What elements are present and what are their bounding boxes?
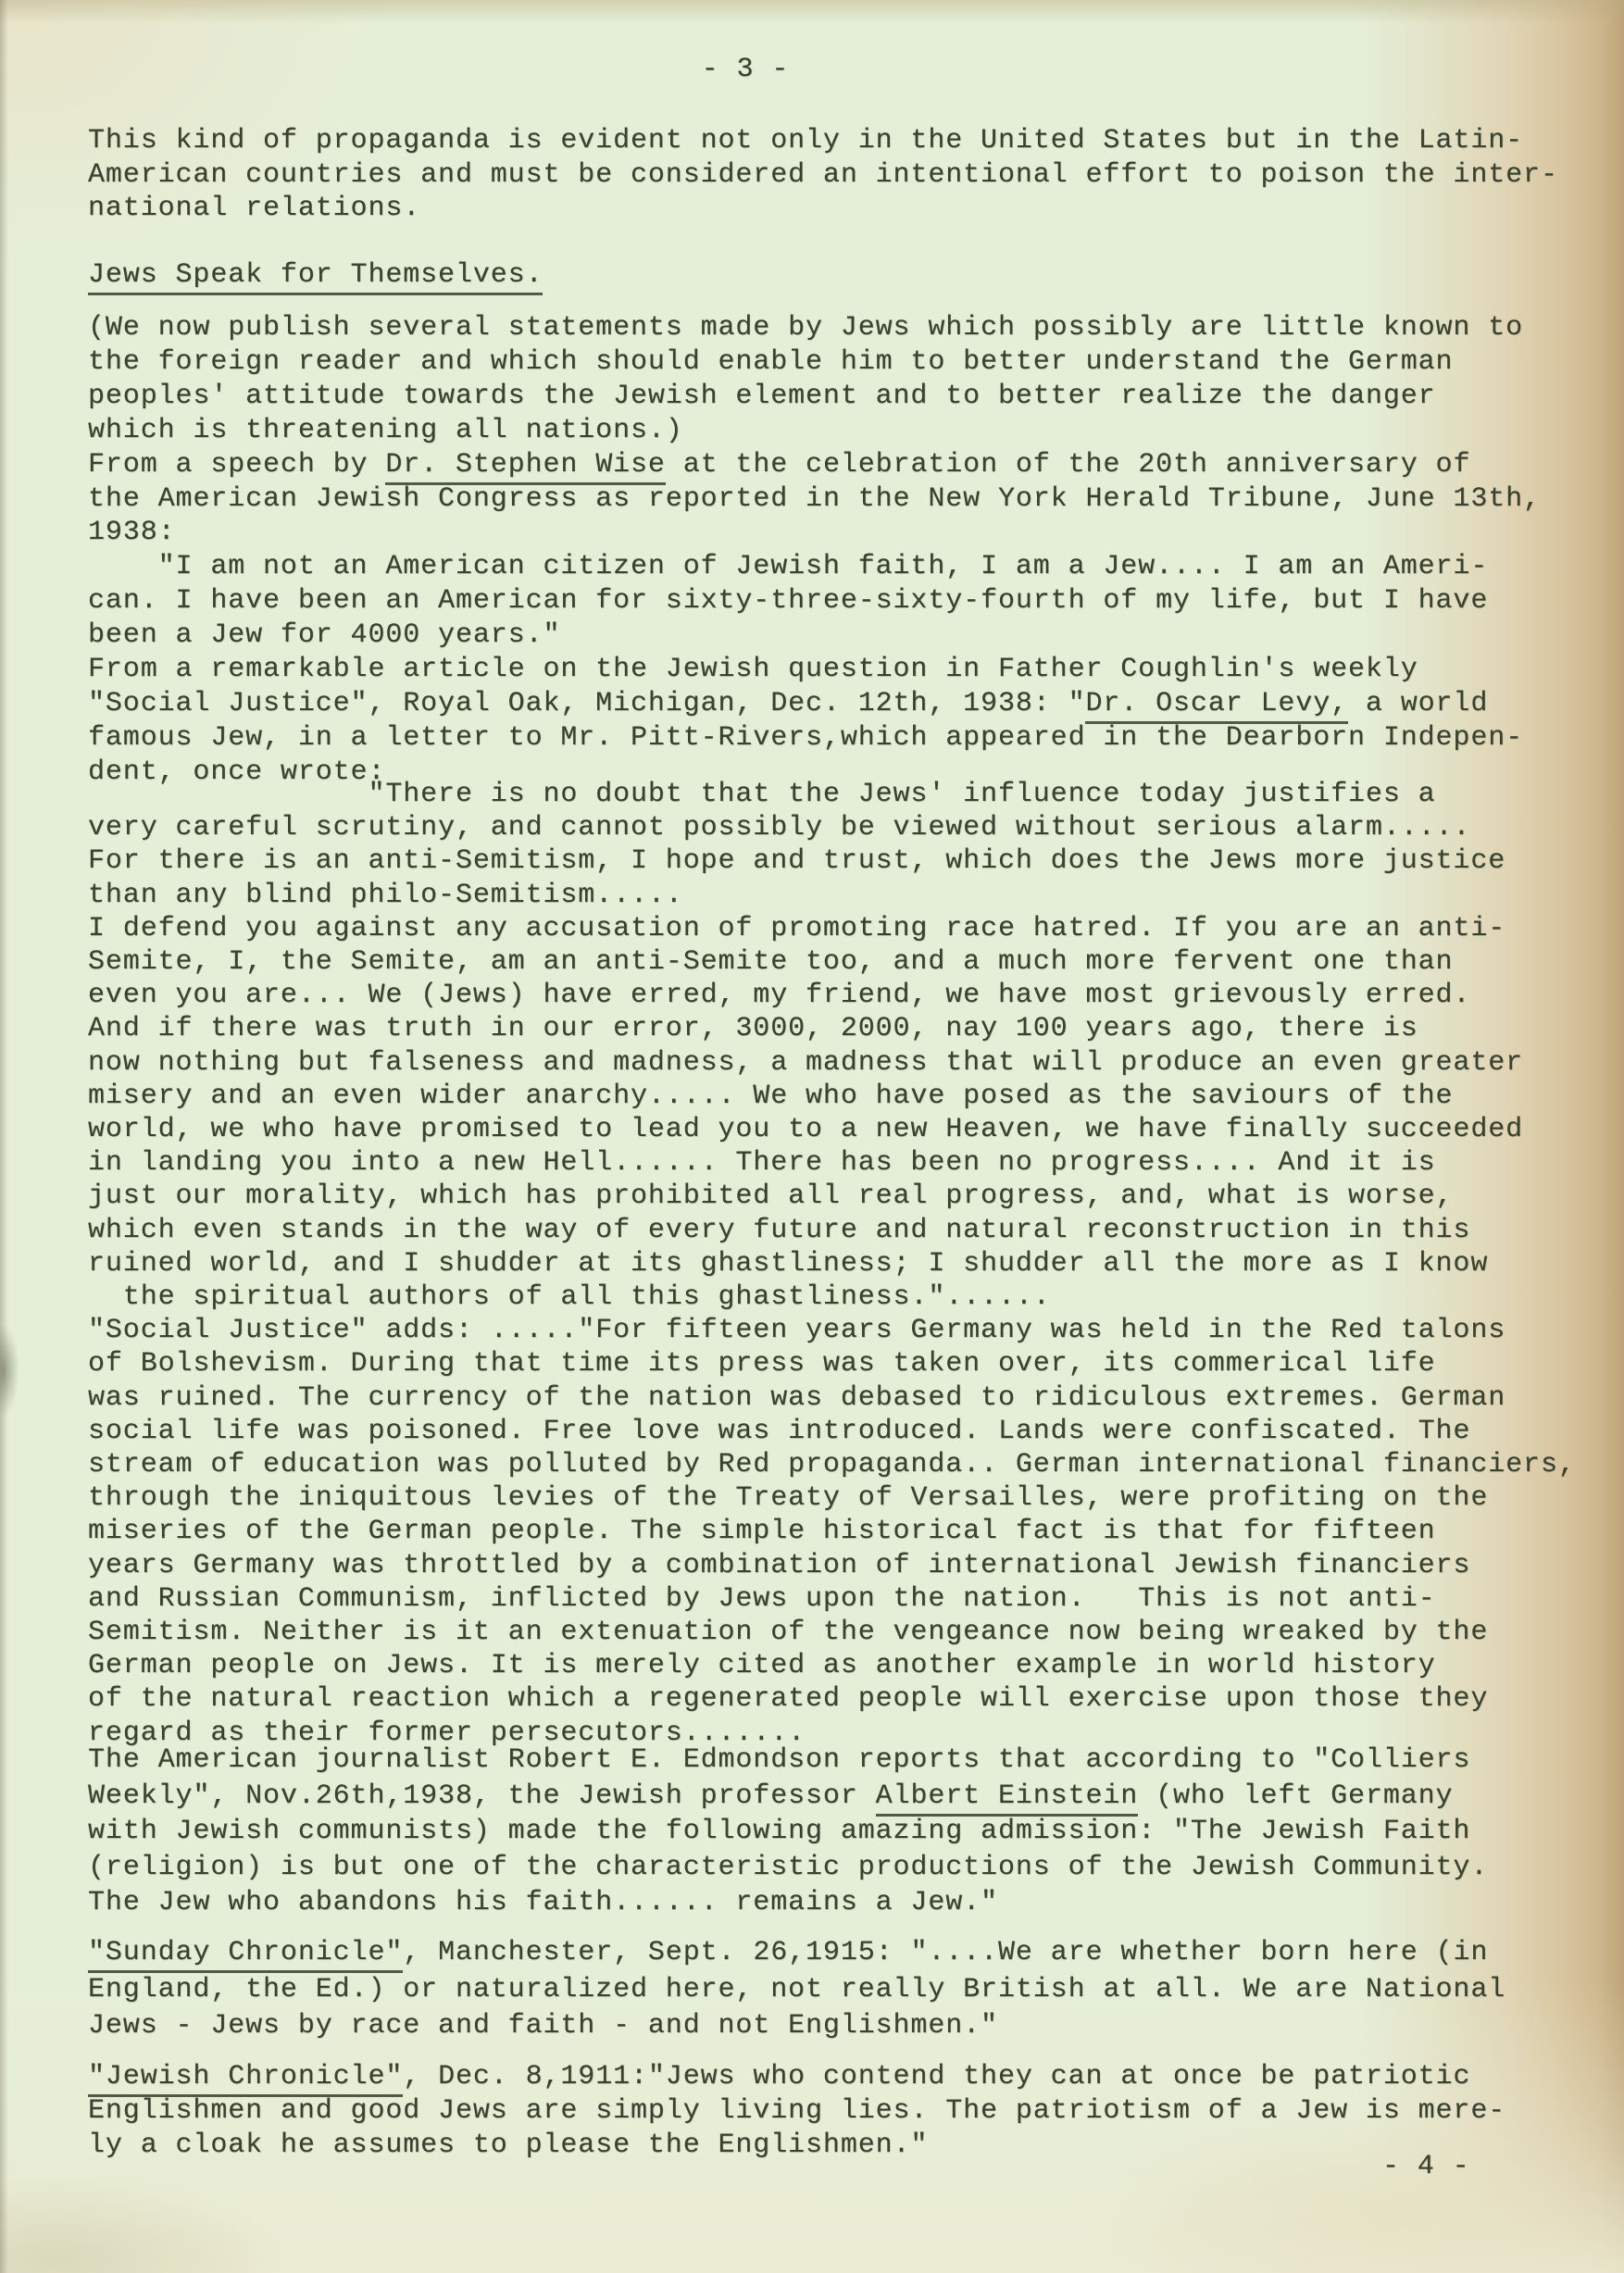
text-line: social life was poisoned. Free love was … [88, 1415, 1606, 1448]
text-line: Jews Speak for Themselves. [88, 258, 1606, 293]
text-line: was ruined. The currency of the nation w… [88, 1381, 1606, 1415]
text-segment: Semite, I, the Semite, am an anti-Semite… [88, 946, 1453, 978]
text-segment: in landing you into a new Hell...... The… [88, 1147, 1436, 1179]
text-segment: From a remarkable article on the Jewish … [88, 654, 1418, 685]
underlined-text: "Jewish Chronicle" [88, 2061, 403, 2097]
text-segment: very careful scrutiny, and cannot possib… [88, 812, 1470, 843]
text-segment: This kind of propaganda is evident not o… [88, 125, 1523, 156]
text-line: From a speech by Dr. Stephen Wise at the… [88, 448, 1606, 482]
text-line: and Russian Communism, inflicted by Jews… [88, 1582, 1606, 1616]
text-segment: even you are... We (Jews) have erred, my… [88, 980, 1470, 1011]
text-line: years Germany was throttled by a combina… [88, 1549, 1606, 1582]
text-line: From a remarkable article on the Jewish … [88, 653, 1606, 687]
text-line: the American Jewish Congress as reported… [88, 482, 1606, 517]
text-line: "There is no doubt that the Jews' influe… [88, 778, 1606, 811]
text-line: been a Jew for 4000 years." [88, 618, 1606, 653]
intro-paragraph: This kind of propaganda is evident not o… [88, 124, 1606, 226]
text-segment: which even stands in the way of every fu… [88, 1215, 1470, 1246]
text-segment: of Bolshevism. During that time its pres… [88, 1348, 1436, 1380]
text-line: just our morality, which has prohibited … [88, 1180, 1606, 1213]
text-segment: was ruined. The currency of the nation w… [88, 1382, 1505, 1414]
text-segment: For there is an anti-Semitism, I hope an… [88, 845, 1505, 877]
text-segment: a world [1348, 688, 1488, 719]
sunday-chronicle-paragraph: "Sunday Chronicle", Manchester, Sept. 26… [88, 1935, 1606, 2045]
text-line: the foreign reader and which should enab… [88, 345, 1606, 380]
text-segment: , Manchester, Sept. 26,1915: "....We are… [403, 1937, 1488, 1968]
text-segment: Jews - Jews by race and faith - and not … [88, 2010, 998, 2042]
text-line: "Sunday Chronicle", Manchester, Sept. 26… [88, 1935, 1606, 1972]
text-segment: ruined world, and I shudder at its ghast… [88, 1248, 1488, 1280]
text-line: American countries and must be considere… [88, 158, 1606, 193]
text-segment: From a speech by [88, 449, 385, 481]
text-segment: And if there was truth in our error, 300… [88, 1013, 1418, 1044]
statements-intro-paragraph: (We now publish several statements made … [88, 311, 1606, 790]
text-line: which even stands in the way of every fu… [88, 1214, 1606, 1247]
text-line: can. I have been an American for sixty-t… [88, 584, 1606, 618]
page-number-bottom: - 4 - [1382, 2151, 1470, 2182]
text-segment: and Russian Communism, inflicted by Jews… [88, 1583, 1436, 1615]
text-segment: through the iniquitous levies of the Tre… [88, 1482, 1488, 1514]
document-page: - 3 - This kind of propaganda is evident… [0, 0, 1624, 2273]
text-line: with Jewish communists) made the followi… [88, 1814, 1606, 1850]
text-segment: The Jew who abandons his faith...... rem… [88, 1887, 998, 1918]
text-segment: peoples' attitude towards the Jewish ele… [88, 381, 1436, 412]
text-line: Jews - Jews by race and faith - and not … [88, 2008, 1606, 2045]
text-segment: "Social Justice" adds: ....."For fifteen… [88, 1315, 1505, 1346]
text-segment: the spiritual authors of all this ghastl… [88, 1281, 1051, 1313]
text-segment: than any blind philo-Semitism..... [88, 880, 683, 911]
text-line: "Jewish Chronicle", Dec. 8,1911:"Jews wh… [88, 2060, 1606, 2094]
text-segment: with Jewish communists) made the followi… [88, 1816, 1470, 1847]
text-line: which is threatening all nations.) [88, 414, 1606, 448]
text-segment: national relations. [88, 193, 420, 224]
text-segment: can. I have been an American for sixty-t… [88, 585, 1488, 617]
text-line: famous Jew, in a letter to Mr. Pitt-Rive… [88, 721, 1606, 756]
text-line: world, we who have promised to lead you … [88, 1113, 1606, 1146]
text-line: The Jew who abandons his faith...... rem… [88, 1885, 1606, 1921]
text-line: Englishmen and good Jews are simply livi… [88, 2094, 1606, 2129]
text-segment: "Social Justice", Royal Oak, Michigan, D… [88, 688, 1085, 719]
text-line: of the natural reaction which a regenera… [88, 1682, 1606, 1716]
text-line: very careful scrutiny, and cannot possib… [88, 811, 1606, 844]
text-segment: world, we who have promised to lead you … [88, 1114, 1523, 1145]
text-segment: misery and an even wider anarchy..... We… [88, 1080, 1453, 1112]
text-segment: social life was poisoned. Free love was … [88, 1416, 1470, 1447]
text-segment: The American journalist Robert E. Edmond… [88, 1744, 1470, 1776]
text-segment: I defend you against any accusation of p… [88, 913, 1505, 944]
edmondson-paragraph: The American journalist Robert E. Edmond… [88, 1742, 1606, 1921]
text-segment: American countries and must be considere… [88, 159, 1558, 191]
text-segment: just our morality, which has prohibited … [88, 1180, 1453, 1212]
text-segment: been a Jew for 4000 years." [88, 619, 560, 651]
text-segment: 1938: [88, 517, 176, 548]
text-line: ly a cloak he assumes to please the Engl… [88, 2129, 1606, 2163]
text-line: For there is an anti-Semitism, I hope an… [88, 844, 1606, 878]
text-segment: Weekly", Nov.26th,1938, the Jewish profe… [88, 1780, 876, 1812]
text-segment: "There is no doubt that the Jews' influe… [88, 779, 1436, 810]
text-line: stream of education was polluted by Red … [88, 1448, 1606, 1481]
text-line: national relations. [88, 192, 1606, 226]
text-segment: German people on Jews. It is merely cite… [88, 1650, 1436, 1681]
text-line: "Social Justice", Royal Oak, Michigan, D… [88, 687, 1606, 721]
text-segment: which is threatening all nations.) [88, 415, 683, 446]
text-line: Semite, I, the Semite, am an anti-Semite… [88, 945, 1606, 979]
text-line: (We now publish several statements made … [88, 311, 1606, 345]
text-segment: (religion) is but one of the characteris… [88, 1852, 1488, 1883]
text-line: "I am not an American citizen of Jewish … [88, 550, 1606, 584]
jewish-chronicle-paragraph: "Jewish Chronicle", Dec. 8,1911:"Jews wh… [88, 2060, 1606, 2162]
text-segment: Semitism. Neither is it an extenuation o… [88, 1617, 1488, 1648]
text-line: Semitism. Neither is it an extenuation o… [88, 1616, 1606, 1649]
text-segment: Englishmen and good Jews are simply livi… [88, 2095, 1505, 2127]
text-segment: of the natural reaction which a regenera… [88, 1683, 1488, 1715]
text-line: I defend you against any accusation of p… [88, 912, 1606, 945]
text-segment: , Dec. 8,1911:"Jews who contend they can… [403, 2061, 1470, 2092]
text-segment: years Germany was throttled by a combina… [88, 1550, 1470, 1581]
text-segment: stream of education was polluted by Red … [88, 1449, 1576, 1480]
text-line: now nothing but falseness and madness, a… [88, 1046, 1606, 1080]
underlined-text: Jews Speak for Themselves. [88, 259, 543, 295]
text-line: miseries of the German people. The simpl… [88, 1515, 1606, 1548]
text-line: (religion) is but one of the characteris… [88, 1850, 1606, 1886]
section-heading: Jews Speak for Themselves. [88, 258, 1606, 293]
underlined-text: "Sunday Chronicle" [88, 1937, 403, 1973]
text-line: than any blind philo-Semitism..... [88, 879, 1606, 912]
text-line: the spiritual authors of all this ghastl… [88, 1280, 1606, 1314]
text-line: ruined world, and I shudder at its ghast… [88, 1247, 1606, 1280]
page-number-top: - 3 - [0, 54, 1491, 85]
underlined-text: Dr. Oscar Levy, [1085, 688, 1348, 724]
text-segment: at the celebration of the 20th anniversa… [666, 449, 1471, 481]
text-line: in landing you into a new Hell...... The… [88, 1146, 1606, 1180]
text-line: through the iniquitous levies of the Tre… [88, 1481, 1606, 1515]
underlined-text: Dr. Stephen Wise [385, 449, 665, 485]
text-segment: now nothing but falseness and madness, a… [88, 1047, 1523, 1079]
text-segment: England, the Ed.) or naturalized here, n… [88, 1974, 1505, 2005]
text-line: of Bolshevism. During that time its pres… [88, 1347, 1606, 1380]
text-segment: famous Jew, in a letter to Mr. Pitt-Rive… [88, 722, 1523, 754]
text-segment: ly a cloak he assumes to please the Engl… [88, 2129, 928, 2161]
text-line: This kind of propaganda is evident not o… [88, 124, 1606, 158]
text-line: The American journalist Robert E. Edmond… [88, 1742, 1606, 1779]
text-segment: "I am not an American citizen of Jewish … [88, 551, 1488, 582]
text-line: And if there was truth in our error, 300… [88, 1012, 1606, 1045]
text-line: German people on Jews. It is merely cite… [88, 1649, 1606, 1682]
levy-quote-paragraph: "There is no doubt that the Jews' influe… [88, 778, 1606, 1750]
text-line: England, the Ed.) or naturalized here, n… [88, 1972, 1606, 2009]
text-segment: (We now publish several statements made … [88, 312, 1523, 343]
text-line: Weekly", Nov.26th,1938, the Jewish profe… [88, 1779, 1606, 1815]
text-segment: the American Jewish Congress as reported… [88, 483, 1541, 515]
text-line: peoples' attitude towards the Jewish ele… [88, 380, 1606, 414]
text-line: 1938: [88, 516, 1606, 550]
text-segment: (who left Germany [1138, 1780, 1453, 1812]
text-segment: the foreign reader and which should enab… [88, 346, 1453, 378]
text-line: misery and an even wider anarchy..... We… [88, 1080, 1606, 1113]
text-line: "Social Justice" adds: ....."For fifteen… [88, 1314, 1606, 1347]
underlined-text: Albert Einstein [876, 1780, 1139, 1817]
text-line: even you are... We (Jews) have erred, my… [88, 979, 1606, 1012]
text-segment: miseries of the German people. The simpl… [88, 1516, 1436, 1547]
